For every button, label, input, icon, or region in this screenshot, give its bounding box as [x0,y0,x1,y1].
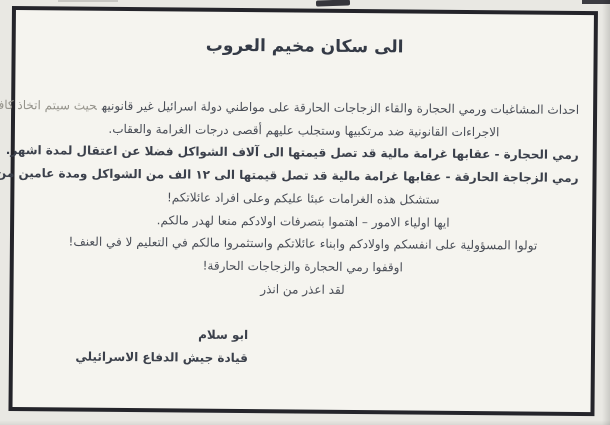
signature-block: ابو سلام قيادة جيش الدفاع الاسرائيلي [43,322,248,370]
scan-smudge-top-left [58,0,118,2]
scan-smudge-top-center [316,0,350,7]
notice-body: احداث المشاغبات ورمي الحجارة والقاء الزج… [27,94,579,303]
leaflet-sheet: الى سكان مخيم العروب احداث المشاغبات ورم… [8,6,598,416]
final-warning-line: لقد اعذر من انذر [27,276,577,304]
signature-org: قيادة جيش الدفاع الاسرائيلي [43,345,248,370]
responsibility-line: تولوا المسؤولية على انفسكم واولادكم وابن… [28,230,578,258]
scan-edge-shade-bottom [0,420,610,425]
scan-edge-shade-right [602,0,610,425]
firebomb-penalty-line: رمي الزجاجة الحارقة - عقابها غرامة مالية… [28,162,578,190]
notice-title: الى سكان مخيم العروب [16,34,594,59]
signature-name: ابو سلام [43,322,248,347]
intro-line-faded-segment: حيث سيتم اتخاذ كافه [0,98,97,113]
notice-title-text: الى سكان مخيم العروب [206,36,404,58]
scanned-leaflet-image: الى سكان مخيم العروب احداث المشاغبات ورم… [0,0,610,425]
intro-line-main: احداث المشاغبات ورمي الحجارة والقاء الزج… [102,99,579,117]
